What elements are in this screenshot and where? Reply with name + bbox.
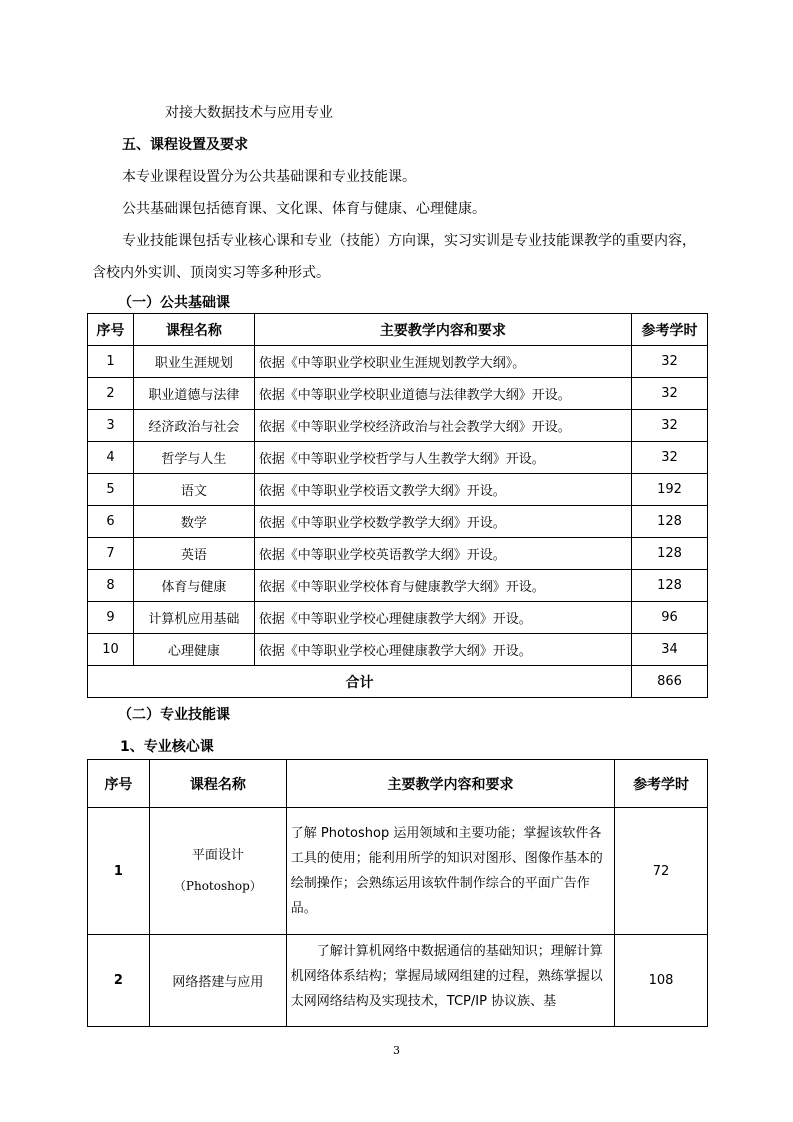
- table-row: 10心理健康依据《中等职业学校心理健康教学大纲》开设。34: [88, 634, 708, 666]
- page-number: 3: [393, 1044, 400, 1057]
- cell-no: 4: [88, 442, 134, 474]
- table-row: 9计算机应用基础依据《中等职业学校心理健康教学大纲》开设。96: [88, 602, 708, 634]
- cell-name: 网络搭建与应用: [149, 935, 286, 1027]
- public-courses-table: 序号 课程名称 主要教学内容和要求 参考学时 1职业生涯规划依据《中等职业学校职…: [87, 313, 708, 698]
- header-name: 课程名称: [133, 314, 254, 346]
- table-row: 1 平面设计 （Photoshop） 了解 Photoshop 运用领域和主要功…: [88, 808, 708, 935]
- cell-no: 8: [88, 570, 134, 602]
- table-row: 5语文依据《中等职业学校语文教学大纲》开设。192: [88, 474, 708, 506]
- intro-line: 对接大数据技术与应用专业: [165, 102, 333, 122]
- table-row: 1职业生涯规划依据《中等职业学校职业生涯规划教学大纲》。32: [88, 346, 708, 378]
- cell-name: 心理健康: [133, 634, 254, 666]
- table-row: 4哲学与人生依据《中等职业学校哲学与人生教学大纲》开设。32: [88, 442, 708, 474]
- paragraph: 本专业课程设置分为公共基础课和专业技能课。: [122, 166, 416, 186]
- cell-desc: 依据《中等职业学校经济政治与社会教学大纲》开设。: [254, 410, 631, 442]
- cell-desc: 依据《中等职业学校语文教学大纲》开设。: [254, 474, 631, 506]
- table-row: 2 网络搭建与应用 了解计算机网络中数据通信的基础知识；理解计算机网络体系结构；…: [88, 935, 708, 1027]
- cell-hours: 128: [632, 570, 708, 602]
- table-row: 8体育与健康依据《中等职业学校体育与健康教学大纲》开设。128: [88, 570, 708, 602]
- cell-desc: 依据《中等职业学校体育与健康教学大纲》开设。: [254, 570, 631, 602]
- cell-name: 经济政治与社会: [133, 410, 254, 442]
- cell-name: 哲学与人生: [133, 442, 254, 474]
- table-total-row: 合计 866: [88, 666, 708, 698]
- header-desc: 主要教学内容和要求: [254, 314, 631, 346]
- table-header-row: 序号 课程名称 主要教学内容和要求 参考学时: [88, 760, 708, 808]
- section-title: 五、课程设置及要求: [122, 134, 248, 154]
- cell-no: 1: [88, 808, 150, 935]
- table-header-row: 序号 课程名称 主要教学内容和要求 参考学时: [88, 314, 708, 346]
- cell-desc: 依据《中等职业学校英语教学大纲》开设。: [254, 538, 631, 570]
- cell-hours: 128: [632, 538, 708, 570]
- cell-hours: 32: [632, 378, 708, 410]
- cell-desc: 依据《中等职业学校哲学与人生教学大纲》开设。: [254, 442, 631, 474]
- cell-hours: 32: [632, 442, 708, 474]
- cell-desc: 依据《中等职业学校职业生涯规划教学大纲》。: [254, 346, 631, 378]
- cell-name: 平面设计 （Photoshop）: [149, 808, 286, 935]
- cell-hours: 108: [615, 935, 708, 1027]
- table-row: 6数学依据《中等职业学校数学教学大纲》开设。128: [88, 506, 708, 538]
- cell-no: 9: [88, 602, 134, 634]
- cell-hours: 128: [632, 506, 708, 538]
- subsection-title: （一）公共基础课: [118, 292, 230, 312]
- cell-no: 7: [88, 538, 134, 570]
- cell-name: 语文: [133, 474, 254, 506]
- cell-desc: 依据《中等职业学校职业道德与法律教学大纲》开设。: [254, 378, 631, 410]
- course-name: 平面设计: [154, 841, 282, 871]
- subsection-title: 1、专业核心课: [120, 736, 214, 756]
- cell-hours: 32: [632, 410, 708, 442]
- cell-name: 职业生涯规划: [133, 346, 254, 378]
- cell-no: 2: [88, 935, 150, 1027]
- paragraph: 专业技能课包括专业核心课和专业（技能）方向课，实习实训是专业技能课教学的重要内容…: [122, 230, 696, 250]
- cell-no: 2: [88, 378, 134, 410]
- header-desc: 主要教学内容和要求: [286, 760, 614, 808]
- table-row: 7英语依据《中等职业学校英语教学大纲》开设。128: [88, 538, 708, 570]
- core-courses-table: 序号 课程名称 主要教学内容和要求 参考学时 1 平面设计 （Photoshop…: [87, 759, 708, 1027]
- cell-hours: 96: [632, 602, 708, 634]
- paragraph: 公共基础课包括德育课、文化课、体育与健康、心理健康。: [122, 198, 486, 218]
- cell-name: 数学: [133, 506, 254, 538]
- cell-name: 职业道德与法律: [133, 378, 254, 410]
- subsection-title: （二）专业技能课: [118, 704, 230, 724]
- header-no: 序号: [88, 760, 150, 808]
- course-name-sub: （Photoshop）: [154, 871, 282, 901]
- cell-hours: 34: [632, 634, 708, 666]
- table-row: 2职业道德与法律依据《中等职业学校职业道德与法律教学大纲》开设。32: [88, 378, 708, 410]
- cell-desc: 了解 Photoshop 运用领域和主要功能；掌握该软件各工具的使用；能利用所学…: [286, 808, 614, 935]
- cell-hours: 192: [632, 474, 708, 506]
- cell-no: 10: [88, 634, 134, 666]
- cell-name: 体育与健康: [133, 570, 254, 602]
- header-no: 序号: [88, 314, 134, 346]
- cell-no: 6: [88, 506, 134, 538]
- cell-name: 计算机应用基础: [133, 602, 254, 634]
- total-label: 合计: [88, 666, 632, 698]
- cell-desc: 依据《中等职业学校心理健康教学大纲》开设。: [254, 634, 631, 666]
- cell-no: 5: [88, 474, 134, 506]
- cell-no: 3: [88, 410, 134, 442]
- header-name: 课程名称: [149, 760, 286, 808]
- cell-no: 1: [88, 346, 134, 378]
- cell-desc: 了解计算机网络中数据通信的基础知识；理解计算机网络体系结构；掌握局域网组建的过程…: [286, 935, 614, 1027]
- cell-hours: 72: [615, 808, 708, 935]
- total-value: 866: [632, 666, 708, 698]
- header-hours: 参考学时: [615, 760, 708, 808]
- cell-desc: 依据《中等职业学校心理健康教学大纲》开设。: [254, 602, 631, 634]
- header-hours: 参考学时: [632, 314, 708, 346]
- cell-name: 英语: [133, 538, 254, 570]
- paragraph: 含校内外实训、顶岗实习等多种形式。: [92, 262, 330, 282]
- cell-desc: 依据《中等职业学校数学教学大纲》开设。: [254, 506, 631, 538]
- cell-hours: 32: [632, 346, 708, 378]
- table-row: 3经济政治与社会依据《中等职业学校经济政治与社会教学大纲》开设。32: [88, 410, 708, 442]
